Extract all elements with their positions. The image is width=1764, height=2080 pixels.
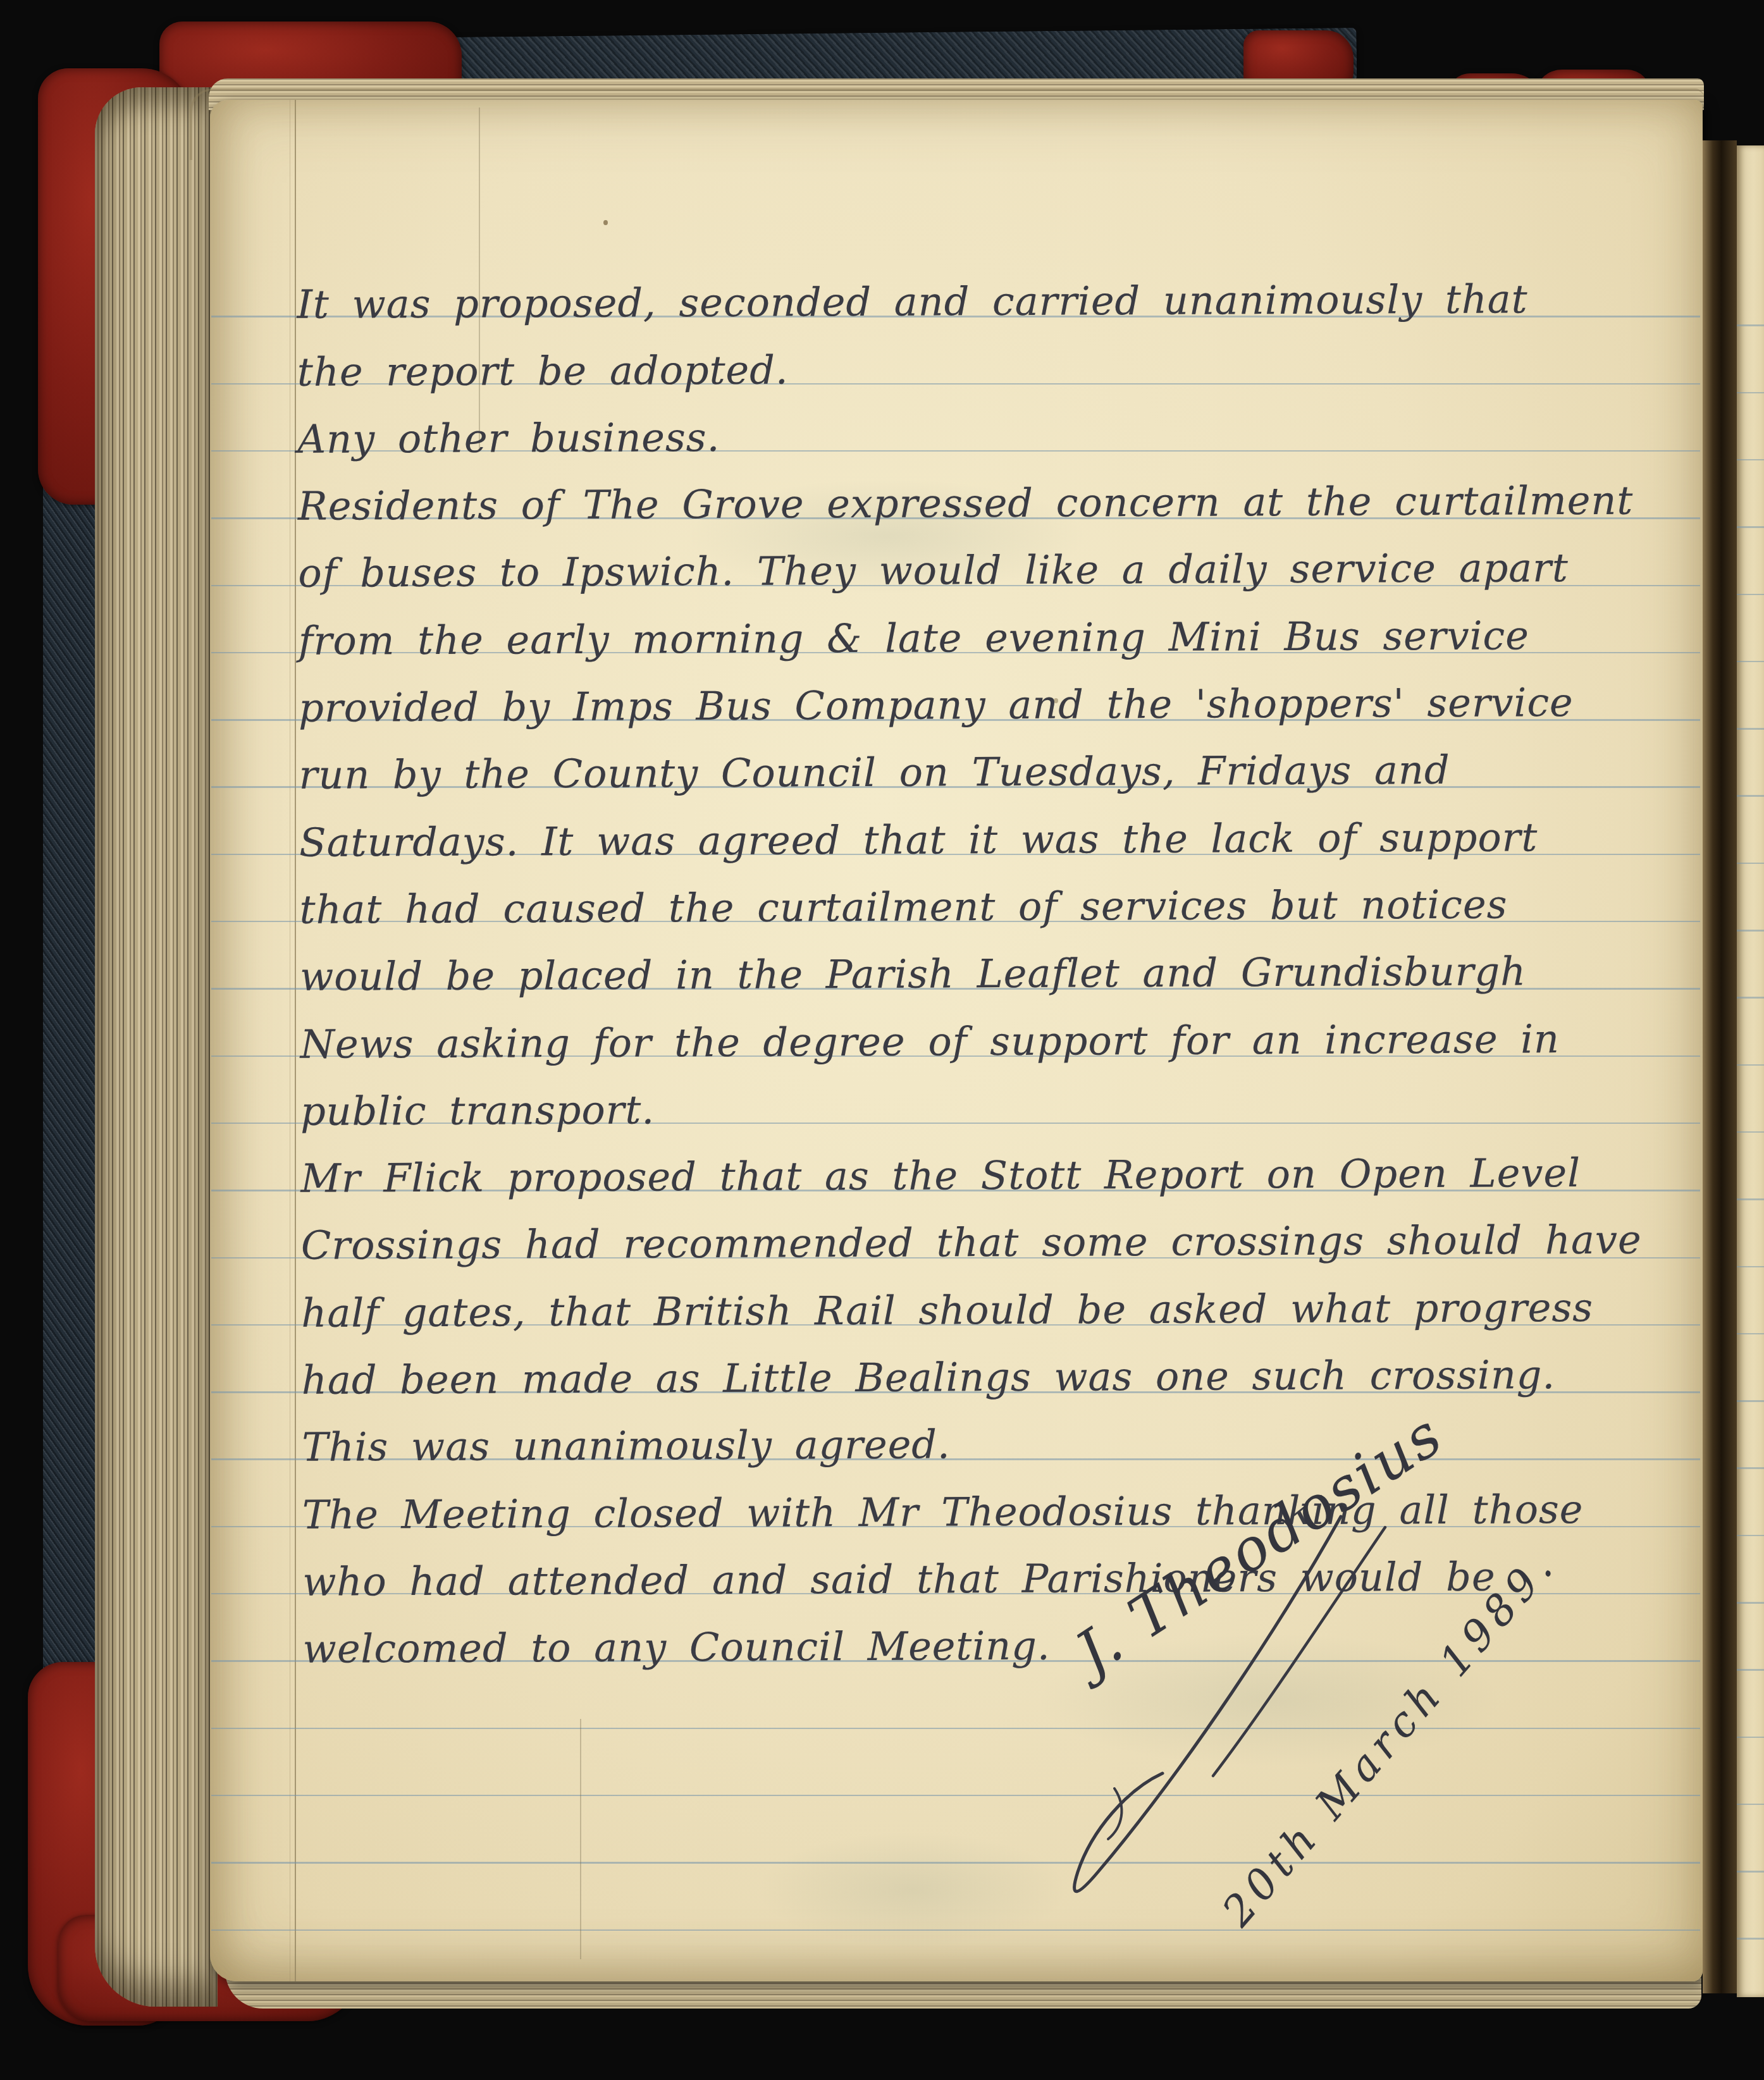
paper-fleck [603, 220, 608, 225]
paper-crease [580, 1719, 581, 1959]
book-gutter-shadow [1703, 140, 1737, 1993]
page-stack-fore-edge [95, 87, 218, 2007]
minute-page: It was proposed, seconded and carried un… [210, 100, 1703, 1981]
handwriting-block: It was proposed, seconded and carried un… [297, 247, 1701, 1665]
photographed-minute-book: It was proposed, seconded and carried un… [0, 0, 1764, 2080]
adjacent-page-edge [1737, 145, 1764, 1997]
adjacent-page-ruled-lines [1737, 259, 1764, 1967]
handwriting-line: It was proposed, seconded and carried un… [297, 247, 1694, 321]
ink-bleedthrough [691, 1807, 1133, 1972]
